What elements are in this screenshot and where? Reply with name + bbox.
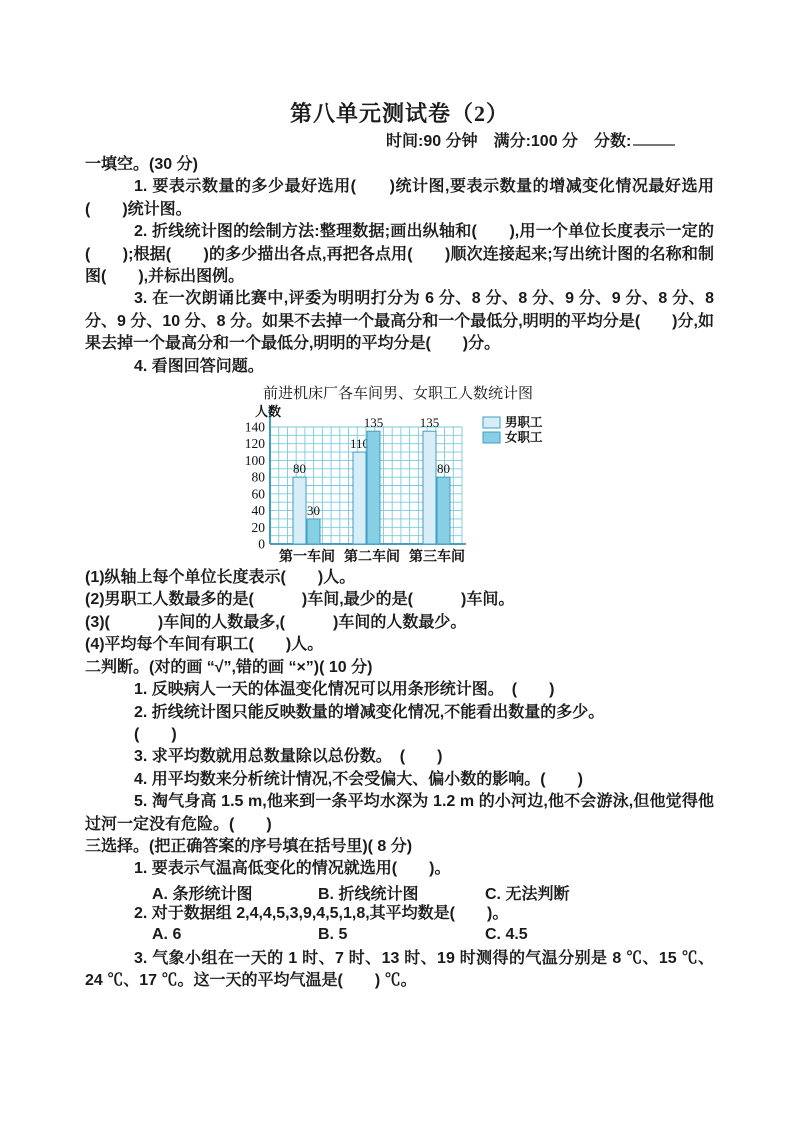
bar-value-label: 30 [307,503,320,518]
bar-女职工-1 [367,431,380,544]
judge-q2-line2: ( ) [85,724,714,746]
y-tick-label: 80 [252,470,266,485]
choice-q3: 3. 气象小组在一天的 1 时、7 时、13 时、19 时测得的气温分别是 8 … [85,948,714,993]
fill-q2: 2. 折线统计图的绘制方法:整理数据;画出纵轴和( ),用一个单位长度表示一定的… [85,221,714,288]
choice-q1-options: A. 条形统计图 B. 折线统计图 C. 无法判断 [85,881,714,903]
bar-value-label: 135 [364,415,384,430]
y-tick-label: 120 [245,436,266,451]
fill-q1: 1. 要表示数量的多少最好选用( )统计图,要表示数量的增减变化情况最好选用( … [85,176,714,221]
x-category-label: 第三车间 [409,548,465,565]
test-paper-page: 第八单元测试卷（2） 时间:90 分钟 满分:100 分 分数: 一填空。(30… [0,0,793,1122]
x-category-label: 第一车间 [279,548,335,565]
bar-女职工-0 [307,519,320,544]
section-three-heading: 三选择。(把正确答案的序号填在括号里)( 8 分) [85,836,714,858]
y-tick-label: 0 [258,537,265,552]
y-tick-label: 100 [245,453,266,468]
score-blank-line [633,134,675,146]
fill-q4: 4. 看图回答问题。 [85,356,714,378]
y-tick-label: 60 [252,486,266,501]
y-axis-label: 人数 [255,404,281,419]
fill-sub1: (1)纵轴上每个单位长度表示( )人。 [85,567,714,589]
exam-info-text: 时间:90 分钟 满分:100 分 分数: [386,133,631,150]
choice-q2-options: A. 6 B. 5 C. 4.5 [85,926,714,948]
fill-sub3: (3)( )车间的人数最多,( )车间的人数最少。 [85,612,714,634]
exam-info-line: 时间:90 分钟 满分:100 分 分数: [85,129,714,154]
section-two-heading: 二判断。(对的画 “√”,错的画 “×”)( 10 分) [85,657,714,679]
judge-q3: 3. 求平均数就用总数量除以总份数。 ( ) [85,746,714,768]
legend-label-0: 男职工 [505,415,543,430]
fill-q3: 3. 在一次朗诵比赛中,评委为明明打分为 6 分、8 分、8 分、9 分、9 分… [85,288,714,355]
fill-sub4: (4)平均每个车间有职工( )人。 [85,634,714,656]
judge-q1: 1. 反映病人一天的体温变化情况可以用条形统计图。 ( ) [85,679,714,701]
judge-q4: 4. 用平均数来分析统计情况,不会受偏大、偏小数的影响。( ) [85,769,714,791]
bar-value-label: 110 [350,436,369,451]
section-one-heading: 一填空。(30 分) [85,154,714,176]
x-category-label: 第二车间 [344,548,400,565]
y-tick-label: 20 [252,520,266,535]
chart-block: 020406080100120140801101353013580第一车间第二车… [85,378,714,567]
bar-女职工-2 [437,477,450,544]
bar-value-label: 135 [420,415,440,430]
y-tick-label: 140 [245,420,266,435]
choice-q2-option-c: C. 4.5 [485,926,528,944]
judge-q2-line1: 2. 折线统计图只能反映数量的增减变化情况,不能看出数量的多少。 [85,702,714,724]
choice-q2-option-a: A. 6 [152,926,181,944]
choice-q2-option-b: B. 5 [318,926,347,944]
fill-sub2: (2)男职工人数最多的是( )车间,最少的是( )车间。 [85,589,714,611]
bar-chart: 020406080100120140801101353013580第一车间第二车… [225,378,570,568]
choice-q1-option-c: C. 无法判断 [485,881,569,904]
y-tick-label: 40 [252,503,266,518]
legend-swatch-0 [483,417,500,428]
legend-label-1: 女职工 [505,430,543,445]
bar-男职工-0 [293,477,306,544]
bar-value-label: 80 [293,461,306,476]
choice-q2: 2. 对于数据组 2,4,4,5,3,9,4,5,1,8,其平均数是( )。 [85,903,714,925]
page-content: 第八单元测试卷（2） 时间:90 分钟 满分:100 分 分数: 一填空。(30… [85,99,714,993]
legend-swatch-1 [483,432,500,443]
page-title: 第八单元测试卷（2） [85,99,714,129]
choice-q1-option-a: A. 条形统计图 [152,881,252,904]
bar-男职工-1 [353,452,366,544]
chart-title: 前进机床厂各车间男、女职工人数统计图 [263,385,533,402]
choice-q1-option-b: B. 折线统计图 [318,881,418,904]
choice-q1: 1. 要表示气温高低变化的情况就选用( )。 [85,858,714,880]
judge-q5: 5. 淘气身高 1.5 m,他来到一条平均水深为 1.2 m 的小河边,他不会游… [85,791,714,836]
bar-value-label: 80 [437,461,450,476]
bar-男职工-2 [423,431,436,544]
